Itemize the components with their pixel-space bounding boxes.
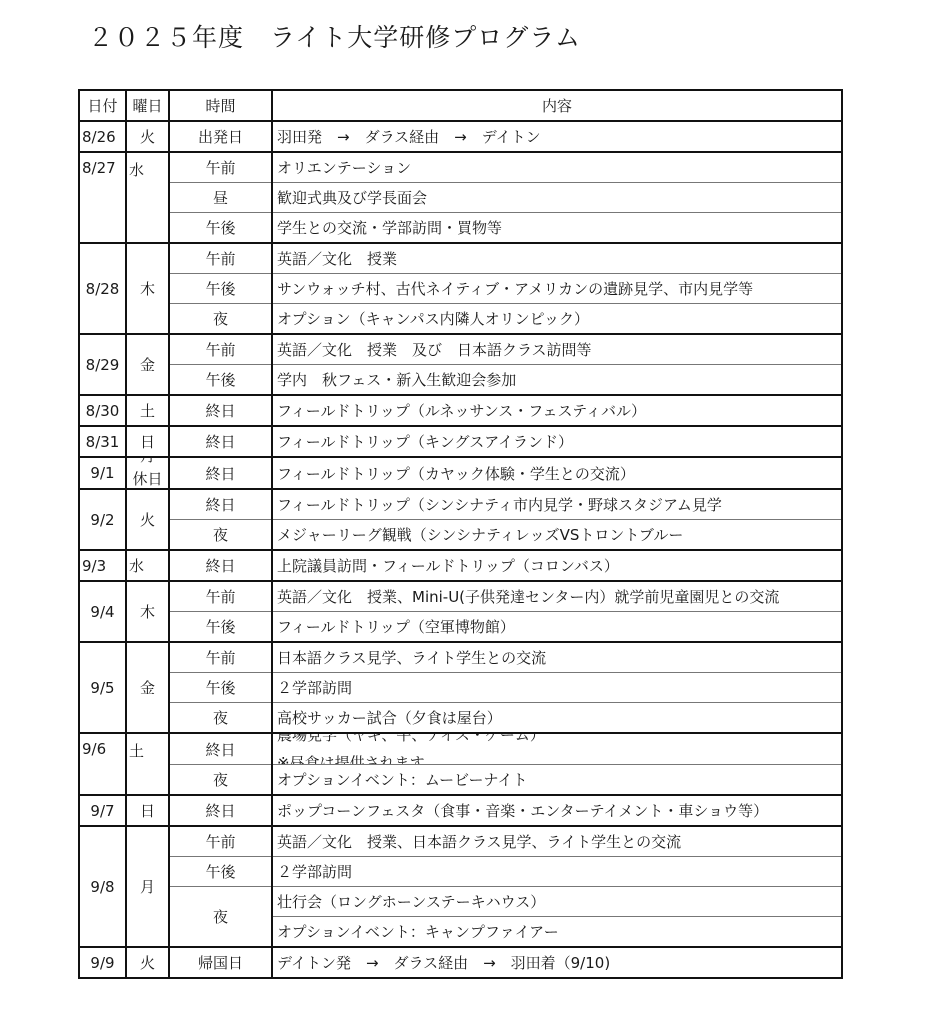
time-cell: 帰国日 <box>169 947 272 978</box>
time-cell: 夜 <box>169 520 272 551</box>
day-cell: 木 <box>126 243 169 334</box>
content-cell: オプションイベント：キャンプファイアー <box>272 917 842 948</box>
day-cell: 水 <box>126 550 169 581</box>
date-cell: 9/3 <box>79 550 126 581</box>
content-cell: フィールドトリップ（カヤック体験・学生との交流） <box>272 457 842 489</box>
header-day: 曜日 <box>126 90 169 121</box>
table-row: 9/3 水 終日 上院議員訪問・フィールドトリップ（コロンバス） <box>79 550 842 581</box>
header-time: 時間 <box>169 90 272 121</box>
time-cell: 午前 <box>169 826 272 857</box>
time-cell: 終日 <box>169 426 272 457</box>
table-row: 夜 オプションイベント：ムービーナイト <box>79 765 842 796</box>
day-line-1: 月 <box>127 458 168 464</box>
table-row: 午後 学内 秋フェス・新入生歓迎会参加 <box>79 365 842 396</box>
time-cell: 終日 <box>169 733 272 765</box>
day-line-2: 休日 <box>127 472 168 487</box>
time-cell: 午後 <box>169 213 272 244</box>
content-cell: 壮行会（ロングホーンステーキハウス） <box>272 887 842 917</box>
content-cell: 学生との交流・学部訪問・買物等 <box>272 213 842 244</box>
day-cell: 月 休日 <box>126 457 169 489</box>
content-cell: 英語／文化 授業、日本語クラス見学、ライト学生との交流 <box>272 826 842 857</box>
header-content: 内容 <box>272 90 842 121</box>
day-cell-clipped: 月 休日 <box>127 458 168 488</box>
table-row: 9/7 日 終日 ポップコーンフェスタ（食事・音楽・エンターテイメント・車ショウ… <box>79 795 842 826</box>
content-cell: 英語／文化 授業 <box>272 243 842 274</box>
content-cell: デイトン発 → ダラス経由 → 羽田着（9/10) <box>272 947 842 978</box>
content-cell: 日本語クラス見学、ライト学生との交流 <box>272 642 842 673</box>
date-cell: 8/29 <box>79 334 126 395</box>
table-row: 8/27 水 午前 オリエンテーション <box>79 152 842 183</box>
time-cell: 午前 <box>169 243 272 274</box>
content-cell: フィールドトリップ（キングスアイランド） <box>272 426 842 457</box>
date-cell: 9/1 <box>79 457 126 489</box>
time-cell: 夜 <box>169 887 272 948</box>
day-cell: 月 <box>126 826 169 947</box>
day-cell: 水 <box>126 152 169 243</box>
day-cell: 火 <box>126 489 169 550</box>
date-cell: 8/27 <box>79 152 126 243</box>
time-cell: 夜 <box>169 304 272 335</box>
content-cell: 英語／文化 授業、Mini-U(子供発達センター内）就学前児童園児との交流 <box>272 581 842 612</box>
table-row: 8/30 土 終日 フィールドトリップ（ルネッサンス・フェスティバル） <box>79 395 842 426</box>
content-cell: ポップコーンフェスタ（食事・音楽・エンターテイメント・車ショウ等） <box>272 795 842 826</box>
table-row: 昼 歓迎式典及び学長面会 <box>79 183 842 213</box>
day-cell: 土 <box>126 395 169 426</box>
table-row: 夜 オプション（キャンパス内隣人オリンピック） <box>79 304 842 335</box>
date-cell: 9/5 <box>79 642 126 733</box>
table-row: 夜 壮行会（ロングホーンステーキハウス） <box>79 887 842 917</box>
time-cell: 夜 <box>169 703 272 734</box>
table-row: 9/2 火 終日 フィールドトリップ（シンシナティ市内見学・野球スタジアム見学 <box>79 489 842 520</box>
time-cell: 午後 <box>169 365 272 396</box>
content-cell: 高校サッカー試合（夕食は屋台） <box>272 703 842 734</box>
date-cell: 8/30 <box>79 395 126 426</box>
content-cell: ２学部訪問 <box>272 857 842 887</box>
table-row: 8/31 日 終日 フィールドトリップ（キングスアイランド） <box>79 426 842 457</box>
time-cell: 午前 <box>169 152 272 183</box>
day-cell: 日 <box>126 426 169 457</box>
table-row: 9/9 火 帰国日 デイトン発 → ダラス経由 → 羽田着（9/10) <box>79 947 842 978</box>
table-row: 午後 ２学部訪問 <box>79 673 842 703</box>
content-cell: オプション（キャンパス内隣人オリンピック） <box>272 304 842 335</box>
content-cell: オリエンテーション <box>272 152 842 183</box>
content-cell: 羽田発 → ダラス経由 → デイトン <box>272 121 842 152</box>
header-date: 日付 <box>79 90 126 121</box>
time-cell: 終日 <box>169 550 272 581</box>
content-cell-clipped: 農場見学（ヤギ、牛、アイス・ゲーム） ※昼食は提供されます <box>277 734 841 764</box>
content-cell: 農場見学（ヤギ、牛、アイス・ゲーム） ※昼食は提供されます <box>272 733 842 765</box>
day-cell: 日 <box>126 795 169 826</box>
content-line-2: ※昼食は提供されます <box>277 748 841 764</box>
content-cell: 英語／文化 授業 及び 日本語クラス訪問等 <box>272 334 842 365</box>
page-title: ２０２５年度 ライト大学研修プログラム <box>88 18 581 54</box>
day-cell: 火 <box>126 947 169 978</box>
time-cell: 夜 <box>169 765 272 796</box>
time-cell: 午後 <box>169 673 272 703</box>
schedule-table: 日付 曜日 時間 内容 8/26 火 出発日 羽田発 → ダラス経由 → デイト… <box>78 89 843 979</box>
time-cell: 終日 <box>169 489 272 520</box>
content-cell: 学内 秋フェス・新入生歓迎会参加 <box>272 365 842 396</box>
time-cell: 終日 <box>169 457 272 489</box>
time-cell: 午前 <box>169 334 272 365</box>
table-row: 9/6 土 終日 農場見学（ヤギ、牛、アイス・ゲーム） ※昼食は提供されます <box>79 733 842 765</box>
table-row: 午後 フィールドトリップ（空軍博物館） <box>79 612 842 643</box>
table-row: 8/28 木 午前 英語／文化 授業 <box>79 243 842 274</box>
day-cell: 金 <box>126 334 169 395</box>
table-row: 午後 ２学部訪問 <box>79 857 842 887</box>
day-cell: 金 <box>126 642 169 733</box>
day-cell: 木 <box>126 581 169 642</box>
table-row: 夜 高校サッカー試合（夕食は屋台） <box>79 703 842 734</box>
time-cell: 午後 <box>169 274 272 304</box>
table-row: 8/26 火 出発日 羽田発 → ダラス経由 → デイトン <box>79 121 842 152</box>
day-cell: 火 <box>126 121 169 152</box>
content-cell: オプションイベント：ムービーナイト <box>272 765 842 796</box>
table-row: 9/8 月 午前 英語／文化 授業、日本語クラス見学、ライト学生との交流 <box>79 826 842 857</box>
time-cell: 終日 <box>169 795 272 826</box>
time-cell: 終日 <box>169 395 272 426</box>
table-row: 午後 学生との交流・学部訪問・買物等 <box>79 213 842 244</box>
content-cell: 歓迎式典及び学長面会 <box>272 183 842 213</box>
date-cell: 9/2 <box>79 489 126 550</box>
table-row: 午後 サンウォッチ村、古代ネイティブ・アメリカンの遺跡見学、市内見学等 <box>79 274 842 304</box>
time-cell: 午後 <box>169 612 272 643</box>
table-row: 夜 メジャーリーグ観戦（シンシナティレッズVSトロントブルー <box>79 520 842 551</box>
time-cell: 出発日 <box>169 121 272 152</box>
content-cell: メジャーリーグ観戦（シンシナティレッズVSトロントブルー <box>272 520 842 551</box>
date-cell: 9/4 <box>79 581 126 642</box>
content-cell: フィールドトリップ（シンシナティ市内見学・野球スタジアム見学 <box>272 489 842 520</box>
date-cell: 9/7 <box>79 795 126 826</box>
time-cell: 午後 <box>169 857 272 887</box>
table-row: 9/4 木 午前 英語／文化 授業、Mini-U(子供発達センター内）就学前児童… <box>79 581 842 612</box>
time-cell: 昼 <box>169 183 272 213</box>
content-cell: サンウォッチ村、古代ネイティブ・アメリカンの遺跡見学、市内見学等 <box>272 274 842 304</box>
content-cell: フィールドトリップ（ルネッサンス・フェスティバル） <box>272 395 842 426</box>
table-row: 9/1 月 休日 終日 フィールドトリップ（カヤック体験・学生との交流） <box>79 457 842 489</box>
date-cell: 8/31 <box>79 426 126 457</box>
time-cell: 午前 <box>169 581 272 612</box>
content-cell: フィールドトリップ（空軍博物館） <box>272 612 842 643</box>
date-cell: 9/6 <box>79 733 126 795</box>
date-cell: 8/28 <box>79 243 126 334</box>
date-cell: 9/8 <box>79 826 126 947</box>
content-cell: 上院議員訪問・フィールドトリップ（コロンバス） <box>272 550 842 581</box>
table-row: 9/5 金 午前 日本語クラス見学、ライト学生との交流 <box>79 642 842 673</box>
table-row: 8/29 金 午前 英語／文化 授業 及び 日本語クラス訪問等 <box>79 334 842 365</box>
content-cell: ２学部訪問 <box>272 673 842 703</box>
date-cell: 9/9 <box>79 947 126 978</box>
day-cell: 土 <box>126 733 169 795</box>
table-header-row: 日付 曜日 時間 内容 <box>79 90 842 121</box>
time-cell: 午前 <box>169 642 272 673</box>
date-cell: 8/26 <box>79 121 126 152</box>
